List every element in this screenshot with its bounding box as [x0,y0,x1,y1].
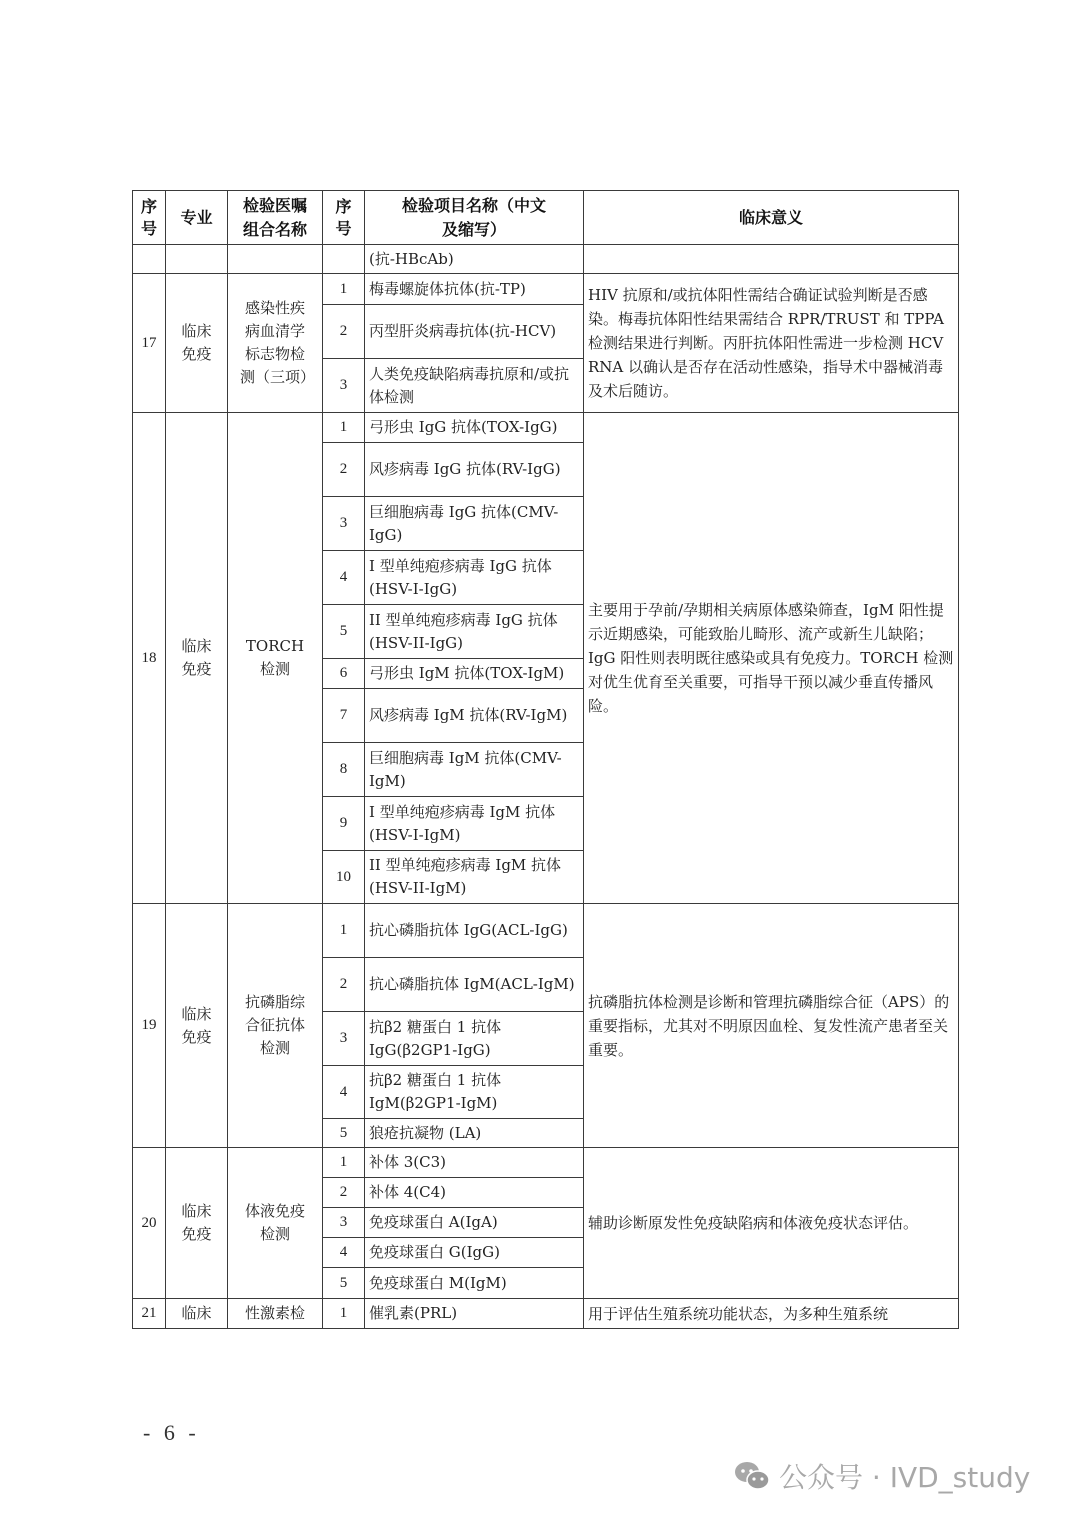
item-seq: 4 [323,1238,365,1268]
item-seq: 1 [323,274,365,305]
item-seq: 5 [323,605,365,659]
table-row: 20临床免疫体液免疫检测1补体 3(C3)辅助诊断原发性免疫缺陷病和体液免疫状态… [133,1148,959,1178]
item-seq: 10 [323,851,365,904]
table-row: 21临床性激素检1催乳素(PRL)用于评估生殖系统功能状态，为多种生殖系统 [133,1299,959,1329]
item-name: 风疹病毒 IgM 抗体(RV-IgM) [365,689,584,743]
header-item-name: 检验项目名称（中文及缩写） [365,191,584,245]
group-seq: 18 [133,413,166,904]
order-group-name: TORCH 检测 [228,413,323,904]
specialty: 临床免疫 [166,904,228,1148]
item-name: II 型单纯疱疹病毒 IgM 抗体(HSV-II-IgM) [365,851,584,904]
header-order-group: 检验医嘱组合名称 [228,191,323,245]
order-group-name: 感染性疾病血清学标志物检测（三项） [228,274,323,413]
item-seq: 7 [323,689,365,743]
watermark: 公众号 · IVD_study [733,1456,1030,1496]
group-seq: 20 [133,1148,166,1299]
table-row: 17临床免疫感染性疾病血清学标志物检测（三项）1梅毒螺旋体抗体(抗-TP)HIV… [133,274,959,305]
clinical-meaning: HIV 抗原和/或抗体阳性需结合确证试验判断是否感染。梅毒抗体阳性结果需结合 R… [584,274,959,413]
item-name: 巨细胞病毒 IgM 抗体(CMV-IgM) [365,743,584,797]
item-seq: 3 [323,1012,365,1066]
item-name: 梅毒螺旋体抗体(抗-TP) [365,274,584,305]
continuation-row: (抗-HBcAb) [133,245,959,274]
item-name: 抗心磷脂抗体 IgG(ACL-IgG) [365,904,584,958]
item-name: 人类免疫缺陷病毒抗原和/或抗体检测 [365,359,584,413]
item-name: 抗β2 糖蛋白 1 抗体 IgG(β2GP1-IgG) [365,1012,584,1066]
order-group-name: 性激素检 [228,1299,323,1329]
item-name: 弓形虫 IgM 抗体(TOX-IgM) [365,659,584,689]
item-seq: 1 [323,1148,365,1178]
page-number: - 6 - [143,1420,200,1446]
item-name: 抗β2 糖蛋白 1 抗体 IgM(β2GP1-IgM) [365,1066,584,1119]
clinical-meaning: 用于评估生殖系统功能状态，为多种生殖系统 [584,1299,959,1329]
item-seq: 3 [323,497,365,551]
item-seq: 4 [323,551,365,605]
clinical-meaning: 辅助诊断原发性免疫缺陷病和体液免疫状态评估。 [584,1148,959,1299]
item-seq: 2 [323,305,365,359]
group-seq: 21 [133,1299,166,1329]
item-name: (抗-HBcAb) [365,245,584,274]
document-page: 序 号 专业 检验医嘱组合名称 序 号 检验项目名称（中文及缩写） 临床意义 (… [0,0,1080,1527]
item-seq: 1 [323,1299,365,1329]
item-name: 免疫球蛋白 M(IgM) [365,1268,584,1299]
clinical-meaning: 主要用于孕前/孕期相关病原体感染筛查，IgM 阳性提示近期感染，可能致胎儿畸形、… [584,413,959,904]
item-name: 弓形虫 IgG 抗体(TOX-IgG) [365,413,584,443]
specialty: 临床免疫 [166,274,228,413]
wechat-icon [733,1460,771,1492]
item-seq: 5 [323,1268,365,1299]
item-name: 风疹病毒 IgG 抗体(RV-IgG) [365,443,584,497]
item-name: 丙型肝炎病毒抗体(抗-HCV) [365,305,584,359]
item-seq: 9 [323,797,365,851]
item-name: 抗心磷脂抗体 IgM(ACL-IgM) [365,958,584,1012]
item-seq: 3 [323,1208,365,1238]
clinical-meaning: 抗磷脂抗体检测是诊断和管理抗磷脂综合征（APS）的重要指标，尤其对不明原因血栓、… [584,904,959,1148]
table-header-row: 序 号 专业 检验医嘱组合名称 序 号 检验项目名称（中文及缩写） 临床意义 [133,191,959,245]
table-row: 19临床免疫抗磷脂综合征抗体检测1抗心磷脂抗体 IgG(ACL-IgG)抗磷脂抗… [133,904,959,958]
item-name: 狼疮抗凝物 (LA) [365,1119,584,1148]
item-seq: 2 [323,958,365,1012]
item-name: 补体 4(C4) [365,1178,584,1208]
header-seq: 序 号 [133,191,166,245]
item-name: 巨细胞病毒 IgG 抗体(CMV-IgG) [365,497,584,551]
item-name: I 型单纯疱疹病毒 IgM 抗体(HSV-I-IgM) [365,797,584,851]
header-clinical-meaning: 临床意义 [584,191,959,245]
item-seq: 2 [323,1178,365,1208]
inspection-items-table: 序 号 专业 检验医嘱组合名称 序 号 检验项目名称（中文及缩写） 临床意义 (… [132,190,959,1329]
item-seq: 6 [323,659,365,689]
item-seq: 8 [323,743,365,797]
item-name: 免疫球蛋白 A(IgA) [365,1208,584,1238]
order-group-name: 体液免疫检测 [228,1148,323,1299]
item-name: 免疫球蛋白 G(IgG) [365,1238,584,1268]
item-seq: 1 [323,413,365,443]
item-name: 补体 3(C3) [365,1148,584,1178]
table-row: 18临床免疫TORCH 检测1弓形虫 IgG 抗体(TOX-IgG)主要用于孕前… [133,413,959,443]
item-seq: 5 [323,1119,365,1148]
header-item-seq: 序 号 [323,191,365,245]
item-seq: 3 [323,359,365,413]
item-seq: 4 [323,1066,365,1119]
specialty: 临床 [166,1299,228,1329]
watermark-text: 公众号 · IVD_study [779,1456,1030,1496]
group-seq: 19 [133,904,166,1148]
order-group-name: 抗磷脂综合征抗体检测 [228,904,323,1148]
item-seq: 1 [323,904,365,958]
item-name: 催乳素(PRL) [365,1299,584,1329]
specialty: 临床免疫 [166,413,228,904]
item-seq: 2 [323,443,365,497]
item-name: I 型单纯疱疹病毒 IgG 抗体(HSV-I-IgG) [365,551,584,605]
item-name: II 型单纯疱疹病毒 IgG 抗体(HSV-II-IgG) [365,605,584,659]
header-specialty: 专业 [166,191,228,245]
group-seq: 17 [133,274,166,413]
specialty: 临床免疫 [166,1148,228,1299]
